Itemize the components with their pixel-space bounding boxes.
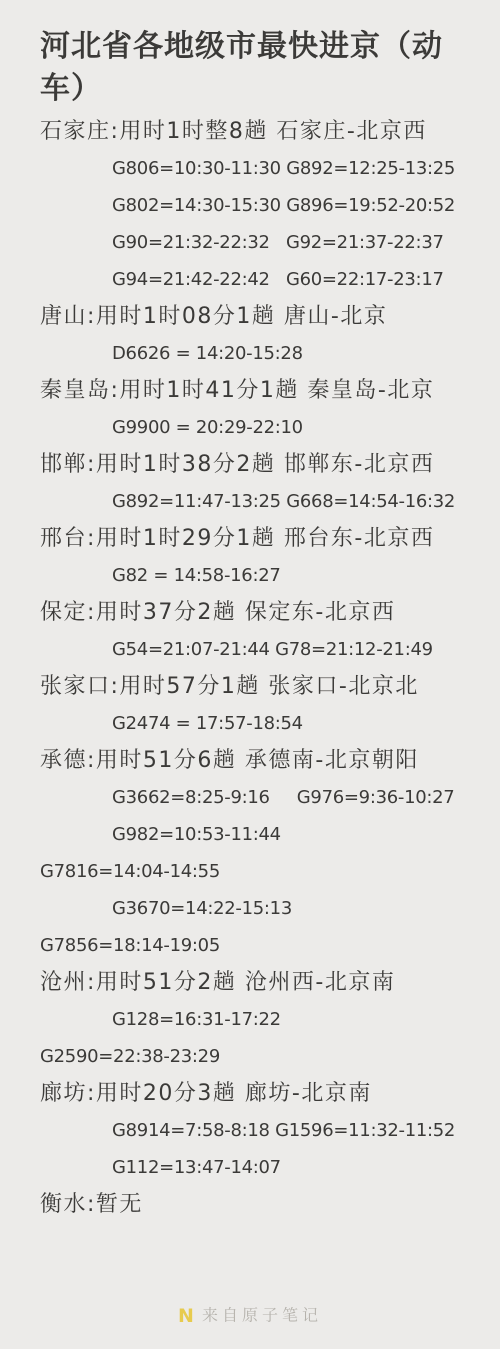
schedule-section-邯郸: 邯郸:用时1时38分2趟 邯郸东-北京西G892=11:47-13:25 G66… (40, 446, 474, 520)
train-time-line: G892=11:47-13:25 G668=14:54-16:32 (40, 483, 474, 520)
schedule-section-保定: 保定:用时37分2趟 保定东-北京西G54=21:07-21:44 G78=21… (40, 594, 474, 668)
schedule-section-唐山: 唐山:用时1时08分1趟 唐山-北京D6626 = 14:20-15:28 (40, 298, 474, 372)
train-time-line: G90=21:32-22:32 G92=21:37-22:37 (40, 224, 474, 261)
page-title-line-1: 河北省各地级市最快进京（动 (40, 26, 474, 68)
schedule-section-石家庄: 石家庄:用时1时整8趟 石家庄-北京西G806=10:30-11:30 G892… (40, 113, 474, 298)
train-time-line: G9900 = 20:29-22:10 (40, 409, 474, 446)
note-page: 河北省各地级市最快进京（动 车） 石家庄:用时1时整8趟 石家庄-北京西G806… (0, 0, 500, 1349)
section-header: 沧州:用时51分2趟 沧州西-北京南 (40, 964, 474, 1001)
section-header: 承德:用时51分6趟 承德南-北京朝阳 (40, 742, 474, 779)
train-time-line: D6626 = 14:20-15:28 (40, 335, 474, 372)
page-title-line-2: 车） (40, 68, 474, 110)
train-time-line: G802=14:30-15:30 G896=19:52-20:52 (40, 187, 474, 224)
train-time-line: G8914=7:58-8:18 G1596=11:32-11:52 (40, 1112, 474, 1149)
section-header: 衡水:暂无 (40, 1186, 474, 1223)
section-header: 秦皇岛:用时1时41分1趟 秦皇岛-北京 (40, 372, 474, 409)
section-header: 保定:用时37分2趟 保定东-北京西 (40, 594, 474, 631)
schedule-section-邢台: 邢台:用时1时29分1趟 邢台东-北京西G82 = 14:58-16:27 (40, 520, 474, 594)
train-time-line: G3662=8:25-9:16 G976=9:36-10:27 (40, 779, 474, 816)
note-content: 河北省各地级市最快进京（动 车） 石家庄:用时1时整8趟 石家庄-北京西G806… (0, 0, 500, 1223)
train-time-line: G54=21:07-21:44 G78=21:12-21:49 (40, 631, 474, 668)
train-time-line: G82 = 14:58-16:27 (40, 557, 474, 594)
note-app-logo-icon: N (178, 1305, 194, 1327)
train-time-line: G7856=18:14-19:05 (40, 927, 474, 964)
section-header: 石家庄:用时1时整8趟 石家庄-北京西 (40, 113, 474, 150)
page-title: 河北省各地级市最快进京（动 车） (40, 26, 474, 110)
train-time-line: G7816=14:04-14:55 (40, 853, 474, 890)
schedule-section-秦皇岛: 秦皇岛:用时1时41分1趟 秦皇岛-北京G9900 = 20:29-22:10 (40, 372, 474, 446)
train-time-line: G94=21:42-22:42 G60=22:17-23:17 (40, 261, 474, 298)
train-time-line: G806=10:30-11:30 G892=12:25-13:25 (40, 150, 474, 187)
watermark: N来自原子笔记 (0, 1303, 500, 1328)
train-time-line: G2474 = 17:57-18:54 (40, 705, 474, 742)
schedule-section-廊坊: 廊坊:用时20分3趟 廊坊-北京南G8914=7:58-8:18 G1596=1… (40, 1075, 474, 1186)
section-header: 唐山:用时1时08分1趟 唐山-北京 (40, 298, 474, 335)
train-time-line: G2590=22:38-23:29 (40, 1038, 474, 1075)
schedule-sections: 石家庄:用时1时整8趟 石家庄-北京西G806=10:30-11:30 G892… (40, 113, 474, 1223)
schedule-section-衡水: 衡水:暂无 (40, 1186, 474, 1223)
train-time-line: G112=13:47-14:07 (40, 1149, 474, 1186)
schedule-section-承德: 承德:用时51分6趟 承德南-北京朝阳G3662=8:25-9:16 G976=… (40, 742, 474, 964)
section-header: 邯郸:用时1时38分2趟 邯郸东-北京西 (40, 446, 474, 483)
section-header: 廊坊:用时20分3趟 廊坊-北京南 (40, 1075, 474, 1112)
train-time-line: G3670=14:22-15:13 (40, 890, 474, 927)
train-time-line: G128=16:31-17:22 (40, 1001, 474, 1038)
schedule-section-沧州: 沧州:用时51分2趟 沧州西-北京南G128=16:31-17:22G2590=… (40, 964, 474, 1075)
section-header: 张家口:用时57分1趟 张家口-北京北 (40, 668, 474, 705)
schedule-section-张家口: 张家口:用时57分1趟 张家口-北京北G2474 = 17:57-18:54 (40, 668, 474, 742)
section-header: 邢台:用时1时29分1趟 邢台东-北京西 (40, 520, 474, 557)
train-time-line: G982=10:53-11:44 (40, 816, 474, 853)
watermark-text: 来自原子笔记 (202, 1306, 322, 1325)
